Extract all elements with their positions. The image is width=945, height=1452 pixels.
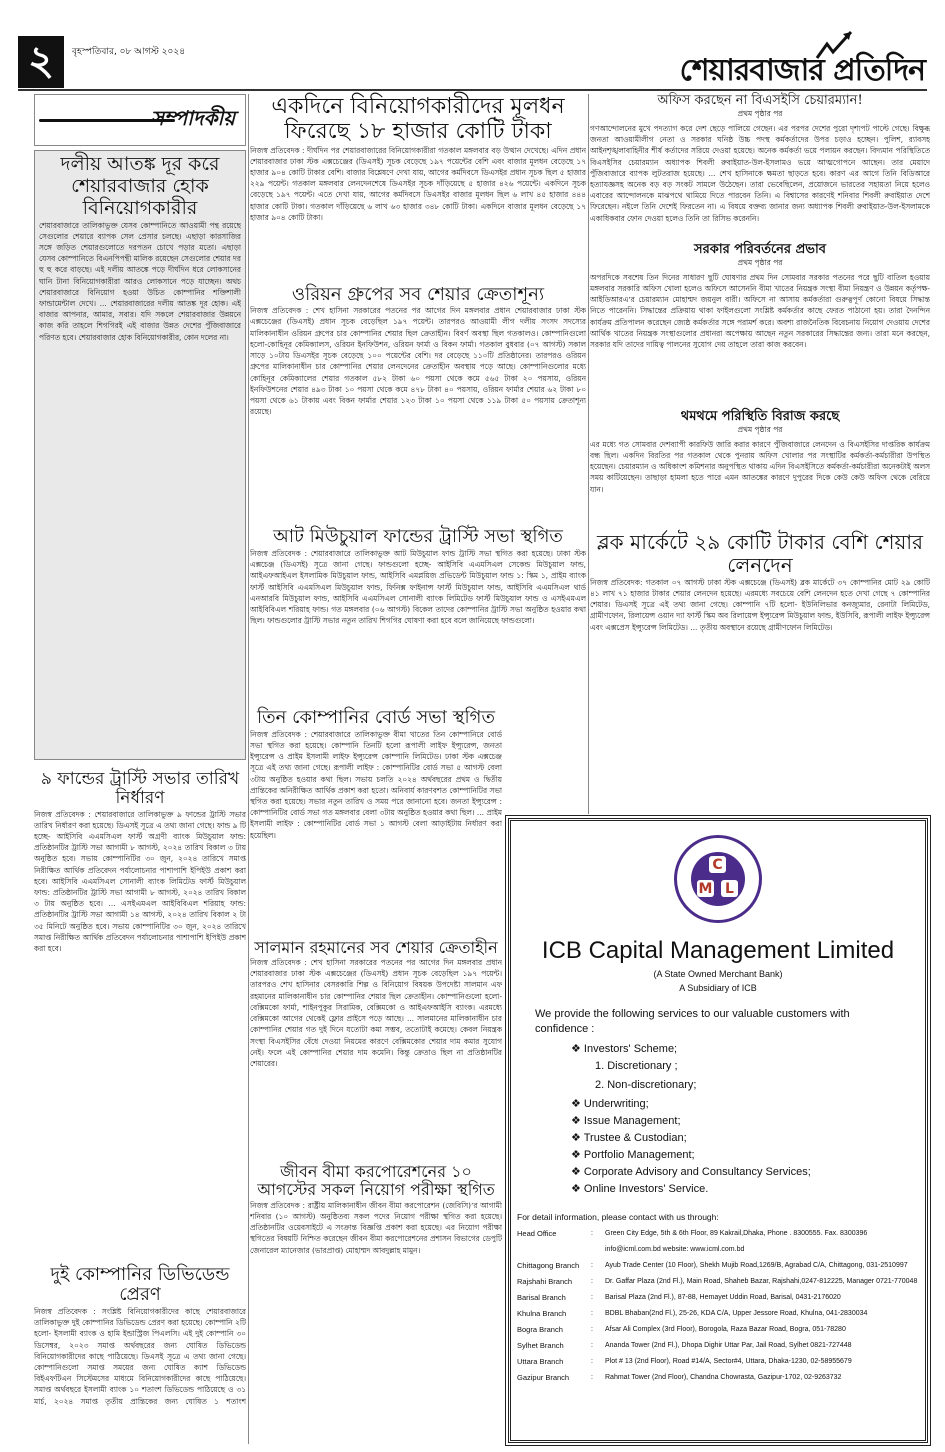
- column-left: সম্পাদকীয় দলীয় আতঙ্ক দূর করে শেয়ারবাজ…: [34, 94, 246, 1406]
- headline[interactable]: দুই কোম্পানির ডিভিডেন্ড প্রেরণ: [34, 1265, 246, 1306]
- editorial: দলীয় আতঙ্ক দূর করে শেয়ারবাজার হোক বিনি…: [34, 150, 246, 760]
- ad-subtitle: (A State Owned Merchant Bank): [517, 969, 919, 979]
- ad-title: ICB Capital Management Limited: [517, 937, 919, 965]
- contact-row: Khulna Branch:BDBL Bhaban(2nd Fl.), 25-2…: [517, 1306, 919, 1322]
- contact-row: Gazipur Branch:Rahmat Tower (2nd Floor),…: [517, 1370, 919, 1386]
- service-item: ❖ Trustee & Custodian;: [571, 1130, 919, 1147]
- continued-label: প্রথম পৃষ্ঠার পর: [590, 425, 930, 437]
- decorative-stroke: [39, 119, 175, 122]
- ad-subtitle: A Subsidiary of ICB: [517, 983, 919, 993]
- branch-name: Gazipur Branch: [517, 1370, 591, 1386]
- branch-name: Bogra Branch: [517, 1322, 591, 1338]
- article-body: গণআন্দোলনের মুখে পদত্যাগ করে দেশ ছেড়ে প…: [590, 123, 930, 223]
- branch-name: [517, 1242, 591, 1258]
- article-three-board: তিন কোম্পানির বোর্ড সভা স্থগিত নিজস্ব প্…: [250, 708, 502, 935]
- article-salman: সালমান রহমানের সব শেয়ার ক্রেতাহীন নিজস্…: [250, 939, 502, 1159]
- contacts-table: Head Office:Green City Edge, 5th & 6th F…: [517, 1226, 919, 1386]
- article-panic: থমথমে পরিস্থিতি বিরাজ করছে প্রথম পৃষ্ঠার…: [590, 410, 930, 517]
- service-item: ❖ Investors' Scheme;: [571, 1041, 919, 1058]
- headline[interactable]: জীবন বীমা করপোরেশনের ১০ আগস্টের সকল নিয়…: [250, 1163, 502, 1200]
- branch-address: Rahmat Tower (2nd Floor), Chandna Chowra…: [605, 1370, 919, 1386]
- contact-row: Chittagong Branch:Ayub Trade Center (10 …: [517, 1258, 919, 1274]
- column-right: অফিস করছেন না বিএসইসি চেয়ারম্যান! প্রথম…: [590, 94, 930, 757]
- service-item: ❖ Issue Management;: [571, 1113, 919, 1130]
- ad-intro: We provide the following services to our…: [535, 1007, 901, 1037]
- continued-label: প্রথম পৃষ্ঠার পর: [590, 258, 930, 270]
- article-body: নিজস্ব প্রতিবেদক : শেয়ারবাজারে তালিকাভু…: [34, 809, 246, 1261]
- branch-name: Uttara Branch: [517, 1354, 591, 1370]
- contact-row: Uttara Branch:Plot # 13 (2nd Floor), Roa…: [517, 1354, 919, 1370]
- contact-row: Barisal Branch:Barisal Plaza (2nd Fl.), …: [517, 1290, 919, 1306]
- headline[interactable]: সালমান রহমানের সব শেয়ার ক্রেতাহীন: [250, 939, 502, 957]
- service-item: ❖ Underwriting;: [571, 1096, 919, 1113]
- headline[interactable]: থমথমে পরিস্থিতি বিরাজ করছে: [590, 410, 930, 425]
- logo-letter: L: [721, 880, 738, 897]
- services-list: ❖ Investors' Scheme; 1. Discretionary ; …: [571, 1041, 919, 1198]
- branch-address: BDBL Bhaban(2nd Fl.), 25-26, KDA C/A, Up…: [605, 1306, 919, 1322]
- branch-address: Ananda Tower (2nd Fl.), Dhopa Dighir Utt…: [605, 1338, 919, 1354]
- article-block-market: ব্লক মার্কেটে ২৯ কোটি টাকার বেশি শেয়ার …: [590, 531, 930, 757]
- service-item: ❖ Corporate Advisory and Consultancy Ser…: [571, 1164, 919, 1181]
- article-body: নিজস্ব প্রতিবেদক: গতকাল ০৭ আগস্ট ঢাকা স্…: [590, 577, 930, 757]
- branch-name: Chittagong Branch: [517, 1258, 591, 1274]
- issue-date: বৃহস্পতিবার, ০৮ আগস্ট ২০২৪: [72, 44, 185, 59]
- article-body: নিজস্ব প্রতিবেদক : দীর্ঘদিন পর শেয়ারবাজ…: [250, 145, 586, 279]
- column-middle-lower: তিন কোম্পানির বোর্ড সভা স্থগিত নিজস্ব প্…: [250, 708, 502, 1380]
- article-body: অপরদিকে সবশেষ তিন দিনের সাধারণ ছুটি ঘোষণ…: [590, 272, 930, 406]
- headline[interactable]: অফিস করছেন না বিএসইসি চেয়ারম্যান!: [590, 94, 930, 109]
- service-subitem: 2. Non-discretionary;: [595, 1077, 919, 1094]
- headline[interactable]: একদিনে বিনিয়োগকারীদের মূলধন ফিরেছে ১৮ হ…: [250, 94, 586, 145]
- article-orion: ওরিয়ন গ্রুপের সব শেয়ার ক্রেতাশূন্য নিজ…: [250, 285, 586, 524]
- logo-letter: C: [709, 856, 726, 873]
- contact-row: Rajshahi Branch:Dr. Gaffar Plaza (2nd Fl…: [517, 1274, 919, 1290]
- logo-letter: M: [697, 880, 714, 897]
- article-body: নিজস্ব প্রতিবেদক : সংশ্লিষ্ট বিনিয়োগকার…: [34, 1306, 246, 1406]
- article-fund-trustee-dates: ৯ ফান্ডের ট্রাস্টি সভার তারিখ নির্ধারণ ন…: [34, 770, 246, 1261]
- cml-logo-icon: C M L: [674, 835, 762, 923]
- column-divider: [588, 94, 589, 814]
- article-govt-change: সরকার পরিবর্তনের প্রভাব প্রথম পৃষ্ঠার পর…: [590, 243, 930, 406]
- column-middle: একদিনে বিনিয়োগকারীদের মূলধন ফিরেছে ১৮ হ…: [250, 94, 586, 718]
- article-body: নিজস্ব প্রতিবেদক : শেখ হাসিনা সরকারের পত…: [250, 305, 586, 523]
- website-link[interactable]: info@icml.com.bd website: www.icml.com.b…: [605, 1242, 919, 1258]
- branch-address: Afsar Ali Complex (3rd Floor), Borogola,…: [605, 1322, 919, 1338]
- branch-name: Khulna Branch: [517, 1306, 591, 1322]
- headline[interactable]: আট মিউচুয়াল ফান্ডের ট্রাস্টি সভা স্থগিত: [250, 527, 586, 548]
- branch-address: Ayub Trade Center (10 Floor), Shekh Muji…: [605, 1258, 919, 1274]
- editorial-body: শেয়ারবাজারে তালিকাভুক্ত যেসব কোম্পানিতে…: [39, 220, 241, 756]
- headline[interactable]: ব্লক মার্কেটে ২৯ কোটি টাকার বেশি শেয়ার …: [590, 531, 930, 577]
- contact-row: Sylhet Branch:Ananda Tower (2nd Fl.), Dh…: [517, 1338, 919, 1354]
- service-subitem: 1. Discretionary ;: [595, 1058, 919, 1075]
- article-jibon-bima: জীবন বীমা করপোরেশনের ১০ আগস্টের সকল নিয়…: [250, 1163, 502, 1380]
- article-body: নিজস্ব প্রতিবেদক : শেয়ারবাজারে তালিকাভু…: [250, 548, 586, 718]
- branch-address: Dr. Gaffar Plaza (2nd Fl.), Main Road, S…: [605, 1274, 919, 1290]
- service-item: ❖ Portfolio Management;: [571, 1147, 919, 1164]
- article-body: নিজস্ব প্রতিবেদক : রাষ্ট্রীয় মালিকানাধী…: [250, 1200, 502, 1380]
- editorial-headline: দলীয় আতঙ্ক দূর করে শেয়ারবাজার হোক বিনি…: [39, 154, 241, 220]
- branch-address: Barisal Plaza (2nd Fl.), 87-88, Hemayet …: [605, 1290, 919, 1306]
- headline[interactable]: ৯ ফান্ডের ট্রাস্টি সভার তারিখ নির্ধারণ: [34, 770, 246, 809]
- article-market-cap: একদিনে বিনিয়োগকারীদের মূলধন ফিরেছে ১৮ হ…: [250, 94, 586, 279]
- branch-name: Sylhet Branch: [517, 1338, 591, 1354]
- branch-address: Plot # 13 (2nd Floor), Road #14/A, Secto…: [605, 1354, 919, 1370]
- masthead: ২ বৃহস্পতিবার, ০৮ আগস্ট ২০২৪ শেয়ারবাজার…: [0, 0, 945, 92]
- headline[interactable]: সরকার পরিবর্তনের প্রভাব: [590, 243, 930, 258]
- masthead-rule: [18, 89, 927, 91]
- icb-capital-advertisement: C M L ICB Capital Management Limited (A …: [508, 818, 928, 1443]
- page-number: ২: [18, 36, 64, 88]
- logo-inner: C M L: [691, 852, 745, 906]
- headline[interactable]: ওরিয়ন গ্রুপের সব শেয়ার ক্রেতাশূন্য: [250, 285, 586, 306]
- article-body: এর মধ্যে গত সোমবার দেশব্যাপী কারফিউ জারি…: [590, 439, 930, 517]
- column-divider: [248, 94, 249, 1444]
- contact-row: Head Office:Green City Edge, 5th & 6th F…: [517, 1226, 919, 1242]
- article-body: নিজস্ব প্রতিবেদক : শেয়ারবাজারে তালিকাভু…: [250, 729, 502, 935]
- contact-row: info@icml.com.bd website: www.icml.com.b…: [517, 1242, 919, 1258]
- branch-name: Rajshahi Branch: [517, 1274, 591, 1290]
- article-eight-mf: আট মিউচুয়াল ফান্ডের ট্রাস্টি সভা স্থগিত…: [250, 527, 586, 718]
- article-bsec-chairman: অফিস করছেন না বিএসইসি চেয়ারম্যান! প্রথম…: [590, 94, 930, 223]
- contact-row: Bogra Branch:Afsar Ali Complex (3rd Floo…: [517, 1322, 919, 1338]
- service-item: ❖ Online Investors' Service.: [571, 1181, 919, 1198]
- article-body: নিজস্ব প্রতিবেদক : শেখ হাসিনা সরকারের পত…: [250, 957, 502, 1159]
- branch-address: Green City Edge, 5th & 6th Floor, 89 Kak…: [605, 1226, 919, 1242]
- headline[interactable]: তিন কোম্পানির বোর্ড সভা স্থগিত: [250, 708, 502, 729]
- continued-label: প্রথম পৃষ্ঠার পর: [590, 109, 930, 121]
- editorial-banner: সম্পাদকীয়: [34, 94, 246, 146]
- article-dividend: দুই কোম্পানির ডিভিডেন্ড প্রেরণ নিজস্ব প্…: [34, 1265, 246, 1406]
- contact-intro: For detail information, please contact w…: [517, 1212, 919, 1222]
- branch-name: Barisal Branch: [517, 1290, 591, 1306]
- branch-name: Head Office: [517, 1226, 591, 1242]
